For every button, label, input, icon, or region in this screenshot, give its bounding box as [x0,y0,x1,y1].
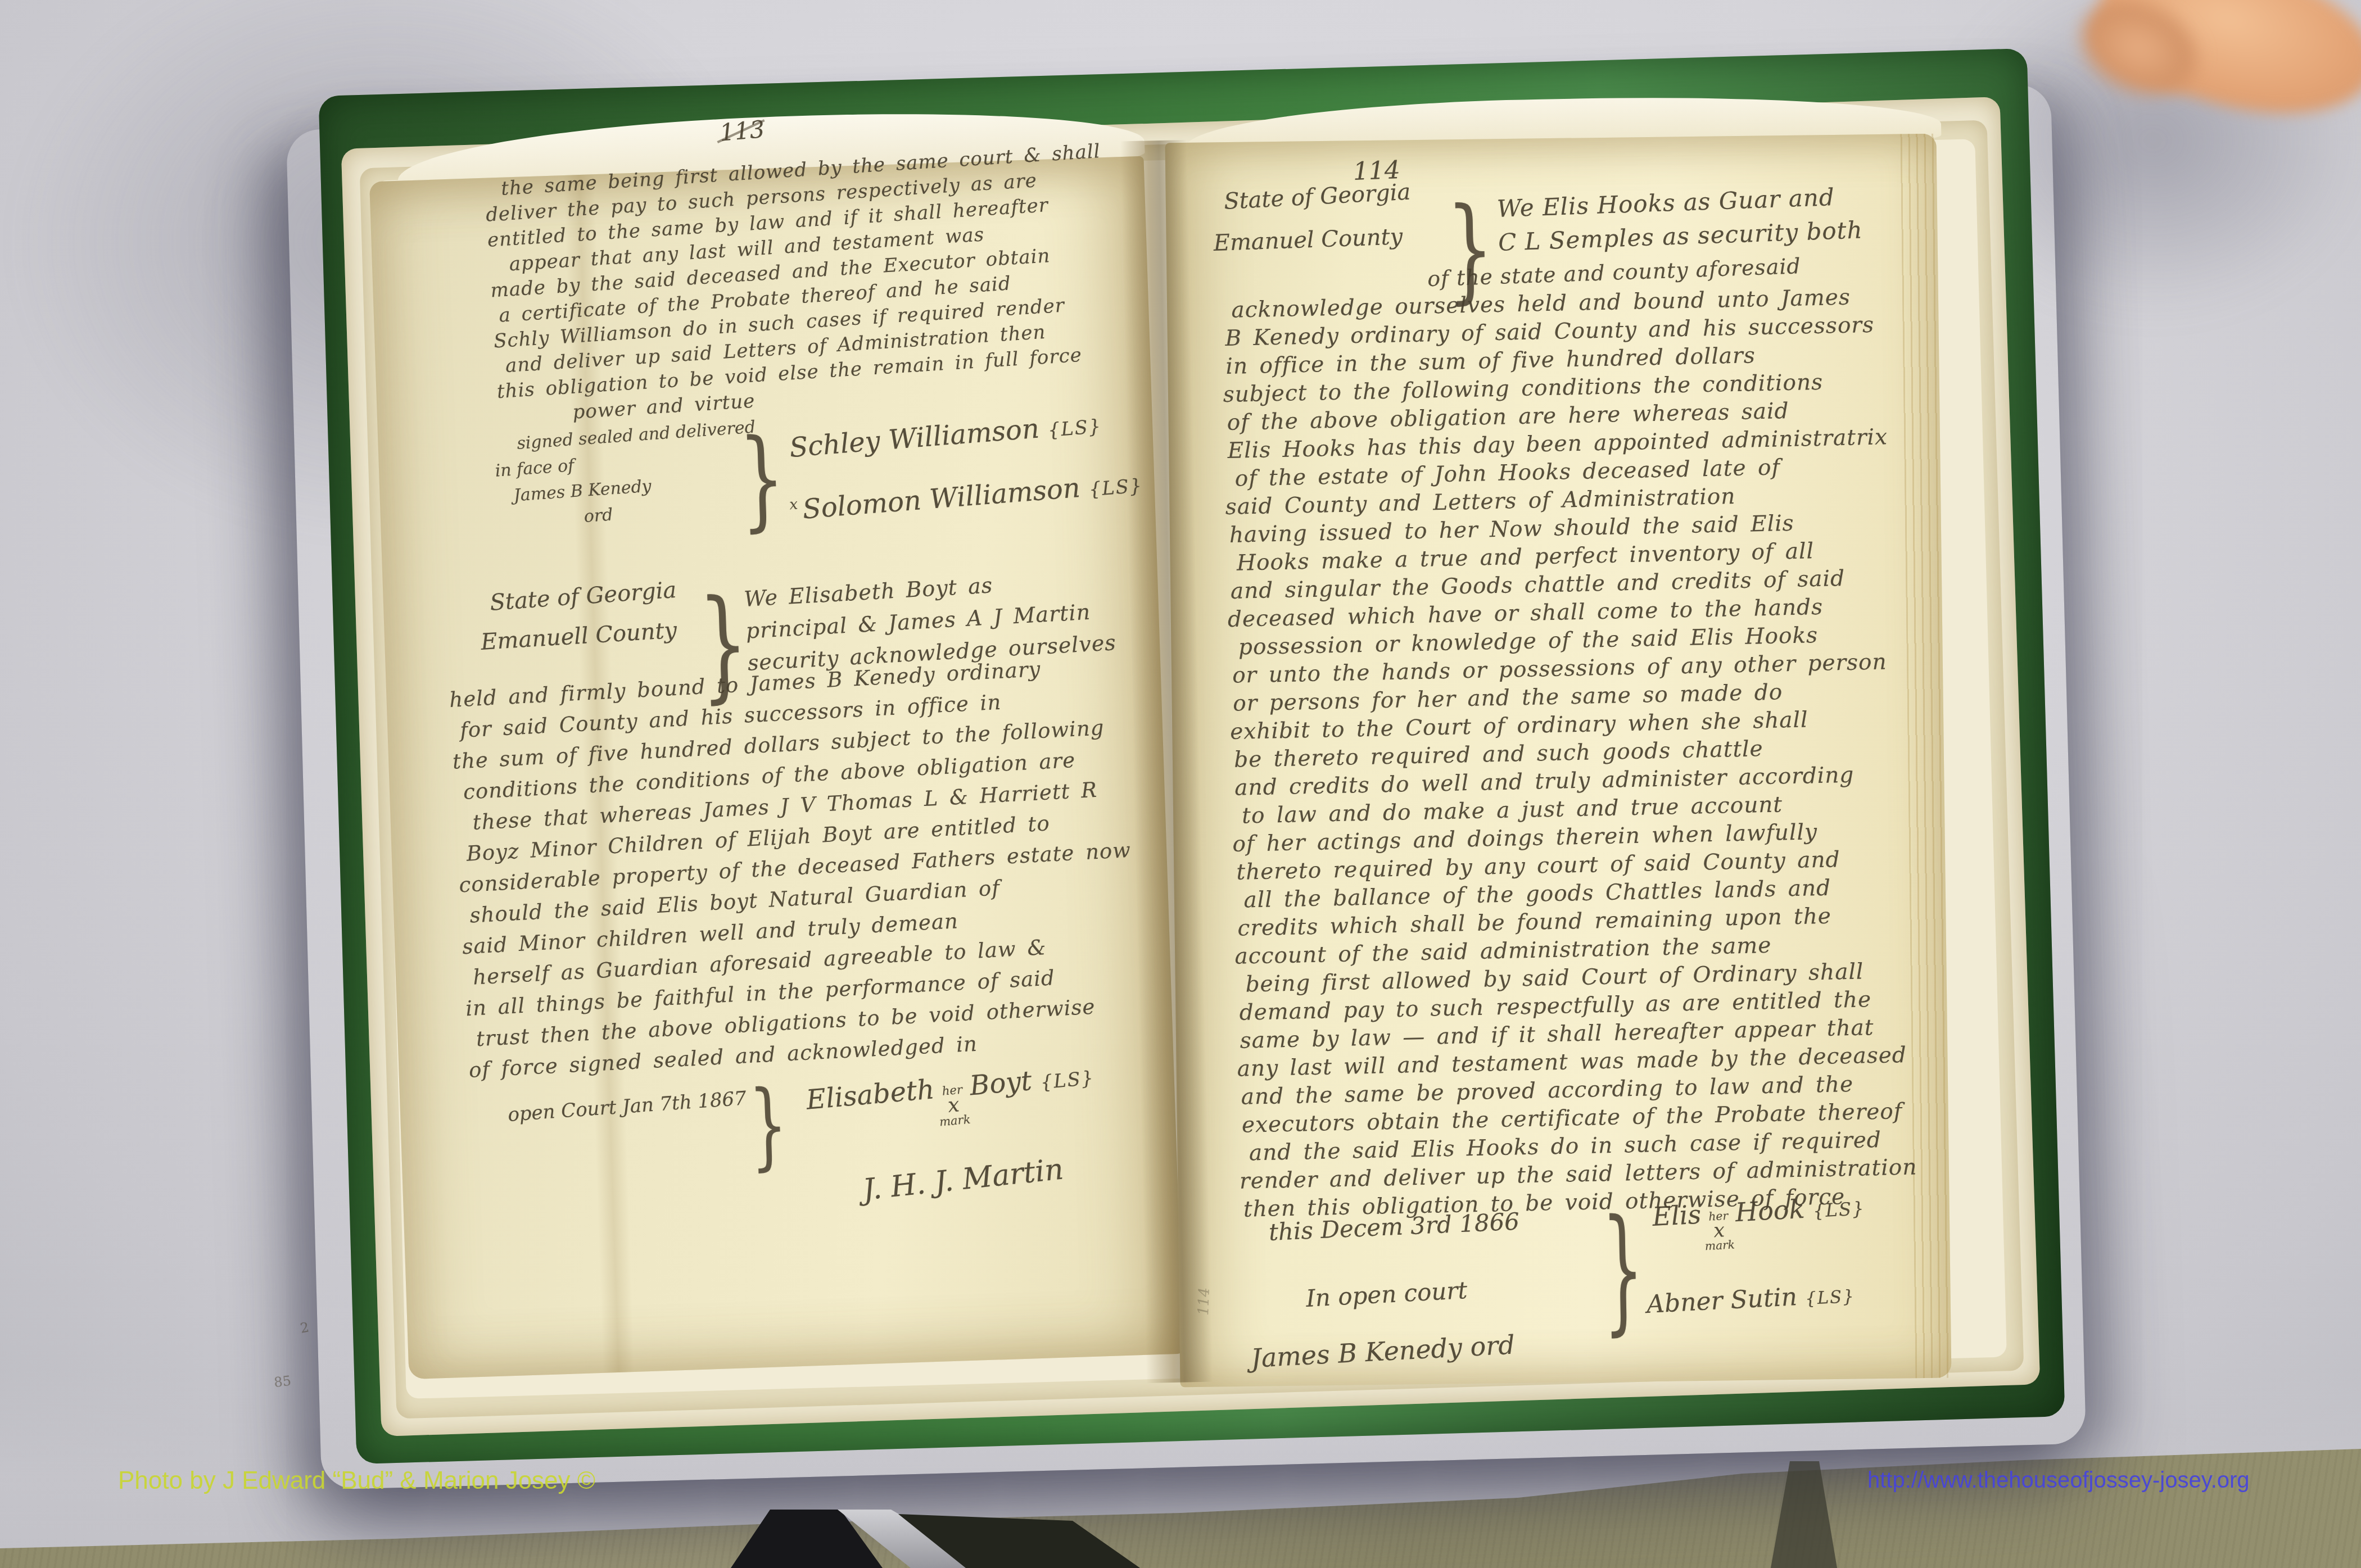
right-administratrix-signature: ElisherxmarkHook {LS} [1652,1190,1867,1254]
seal-notation: {LS} [1047,415,1102,441]
watermark-photo-credit: Photo by J Edward “Bud” & Marion Josey © [118,1467,595,1495]
mark-x: x [1713,1222,1725,1241]
right-page-number-gutter-mark: 114 [1195,1287,1213,1316]
signature-brace: } [738,415,786,543]
right-bond-intro: We Elis Hooks as Guar andC L Semples as … [1496,179,1865,293]
seal-notation: {LS} [1804,1286,1856,1309]
mark-label-bottom: mark [1704,1239,1735,1252]
seal-notation: {LS} [1812,1198,1865,1222]
her-mark-stack: herxmark [936,1084,971,1128]
signature-name-first: Elis [1652,1199,1702,1231]
signature-name-last: Boyt [969,1065,1033,1102]
pencil-margin-mark: 85 [273,1373,292,1390]
left-bond-body: held and firmly bound to James B Kenedy … [449,649,1141,1086]
watermark-website-url: http://www.thehouseofjossey-josey.org [1867,1468,2250,1493]
left-attestation-block: signed sealed and deliveredin face ofJam… [492,414,762,536]
date-brace: } [748,1070,789,1181]
left-page-number: 113 [718,115,766,147]
right-signature-brace: } [1601,1191,1645,1350]
seal-notation: {LS} [1039,1067,1095,1093]
signature-name: Solomon Williamson [802,472,1082,525]
signature-name-last: Hook [1735,1194,1806,1227]
photo-open-record-book: 113 the same being first allowed by the … [0,0,2361,1568]
seal-notation: {LS} [1088,474,1143,500]
signature-mark: x [789,496,798,513]
right-bond-body: acknowledge ourselves held and bound unt… [1224,283,1918,1224]
signature-name: Schley Williamson [788,413,1040,464]
mark-label-bottom: mark [939,1114,971,1128]
her-mark-stack: herxmark [1703,1210,1735,1252]
left-page-paragraph-1: the same being first allowed by the same… [483,139,1115,430]
pencil-margin-mark: 2 [299,1319,310,1336]
